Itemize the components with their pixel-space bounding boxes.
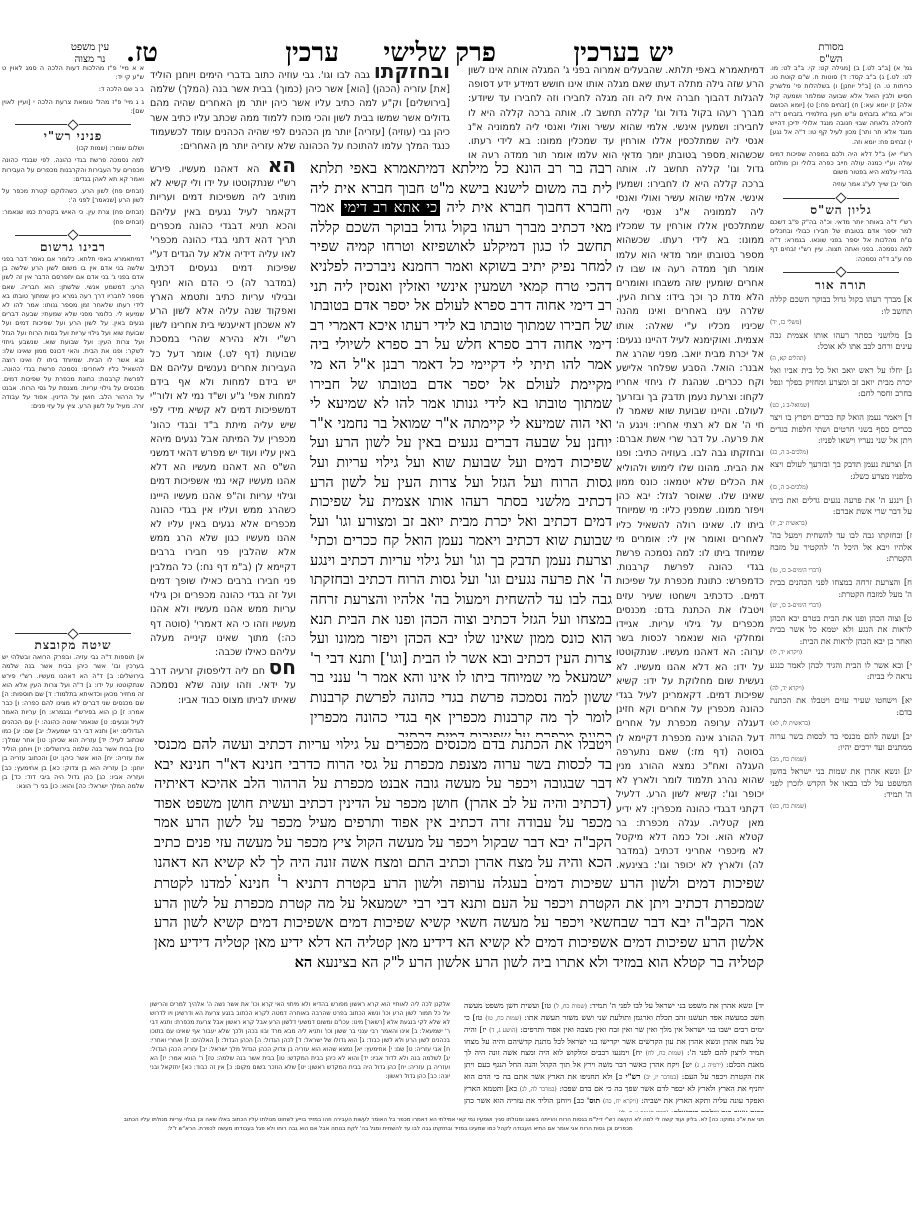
tosafot-dibbur-ha: הא — [268, 158, 296, 177]
torah-verse: א] מברך רעהו בקול גדול בבוקר השכם קללה ת… — [770, 294, 912, 329]
page-footer-notes: תני את א"כ נמוקו: כה] לא. בליון ועוד קשה… — [36, 1116, 764, 1146]
pninei-rashi-heading: פניני רש"י — [2, 132, 144, 141]
ornament-divider — [770, 194, 912, 204]
gemara-bottom-block: שפיכות דמים ולשון הרע שפיכות דמים בעגלה … — [154, 875, 764, 995]
ornament-divider — [2, 231, 144, 241]
gilyon-hashas-heading: גליון הש"ס — [770, 206, 912, 215]
ornament-divider — [2, 120, 144, 130]
torah-verse: יב] ועשה להם מכנסי בד לכסות בשר ערוה ממת… — [770, 731, 912, 766]
shita-mekubetzet: שיטה מקובצת א] תוספות ד"ה גבי עזיה. ובפר… — [2, 641, 144, 791]
torah-verse: ד] ויאמר נעמן הואל קח ככרים ויפרץ בו ויצ… — [770, 412, 912, 458]
bottom-torah-verses: יד] ונשא אהרן את משפט בני ישראל על לבו ל… — [464, 1000, 764, 1112]
highlighted-phrase[interactable]: כי אתא רב דימי — [341, 200, 440, 216]
rashi-commentary-continued: דמיתאמרא באפי תלתא. שהבעלים אמרוה בפני ג… — [616, 158, 764, 876]
tosafot-opening-word: ובחזקתו — [374, 64, 450, 83]
rabbeinu-gershom-heading: רבינו גרשום — [2, 243, 144, 252]
torah-or: תורה אור א] מברך רעהו בקול גדול בבוקר הש… — [770, 280, 912, 813]
torah-verse: ה] וצרעת נעמן תדבק בך ובזרעך לעולם ויצא … — [770, 459, 912, 494]
bottom-left-notes: אלקנן לכה ליה לאותיי הוא קרא ראשון מפורש… — [150, 1000, 450, 1112]
torah-verse: ז] ובחזקתו גבה לבו עד להשחית וימעל בה' א… — [770, 530, 912, 576]
daf-number: טז. — [126, 40, 158, 66]
torah-verse: ב] מלושני בסתר רעהו אותו אצמית גבה עינים… — [770, 330, 912, 365]
torah-verse: ו] וינגע ה' את פרעה נגעים גדלים ואת ביתו… — [770, 495, 912, 530]
perek-name: יש בערכין — [574, 40, 674, 66]
masoret-hashas-header: מסורת הש"ס — [796, 42, 866, 66]
torah-verse: ג] יחלו על ראש יואב ואל כל בית אביו ואל … — [770, 365, 912, 411]
right-margin-column: גמ' א) [ב"ב לט.] ב) [מגילה קט: קי. ב"ב ל… — [770, 64, 912, 984]
pninei-rashi: פניני רש"י ושלום שומר: (שמות קכו) למה נס… — [2, 132, 144, 227]
left-margin-column: א א מיי' פ"ז מהלכות דעות הלכה ה סמג לאוי… — [2, 64, 144, 1064]
torah-or-heading: תורה אור — [770, 280, 912, 292]
masoret-hashas: גמ' א) [ב"ב לט.] ב) [מגילה קט: קי. ב"ב ל… — [770, 64, 912, 190]
torah-verse: ט] וצוה הכהן ופנו את הבית בטרם יבא הכהן … — [770, 613, 912, 659]
masechet-title: ערכין — [285, 40, 339, 66]
gilyon-hashas: גליון הש"ס רש"י ד"ה באותר יותר מדאי. וכ"… — [770, 206, 912, 264]
rabbeinu-gershom: רבינו גרשום דמיתאמרא באפי תלתא. כלומר אם… — [2, 243, 144, 625]
gemara-opening: רבה בר רב הונא — [509, 161, 612, 177]
rashi-commentary: דמיתאמרא באפי תלתא. שהבעלים אמרוה בפני ג… — [468, 64, 764, 158]
tosafot-commentary-continued: הא הא דאהנו מעשיו. פירש רש"י שנתקוטטו על… — [150, 158, 296, 733]
torah-verse: יג] ונשא אהרן את שמות בני ישראל בחשן המש… — [770, 766, 912, 812]
gemara-middle-block: ויטבלו את הכתנת בדם מכנסים מכפרים על גיל… — [154, 736, 612, 876]
ornament-divider — [2, 629, 144, 639]
gemara-main-text: רבה בר רב הונא כל מילתא דמיתאמרא באפי תל… — [310, 160, 612, 737]
ornament-divider — [770, 268, 912, 278]
tosafot-commentary: ובחזקתו גבה לבו וגו'. גבי עוזיה כתוב בדב… — [150, 64, 450, 158]
tosafot-dibbur-chas: חס — [269, 655, 296, 679]
torah-verse: יא] וישחטו שעיר עזים ויטבלו את הכתנת בדם… — [770, 695, 912, 730]
torah-verse: י] ובא אשר לו הבית והגיד לכהן לאמר כנגע … — [770, 660, 912, 695]
torah-verse: ח] והצרעת זרחה במצחו לפני הכהנים בבית ה'… — [770, 577, 912, 612]
shita-mekubetzet-heading: שיטה מקובצת — [2, 641, 144, 650]
perek-number: פרק שלישי — [384, 40, 497, 66]
ein-mishpat: א א מיי' פ"ז מהלכות דעות הלכה ה סמג לאוי… — [2, 64, 144, 116]
ein-mishpat-header: עין משפט נר מצוה — [50, 42, 130, 66]
